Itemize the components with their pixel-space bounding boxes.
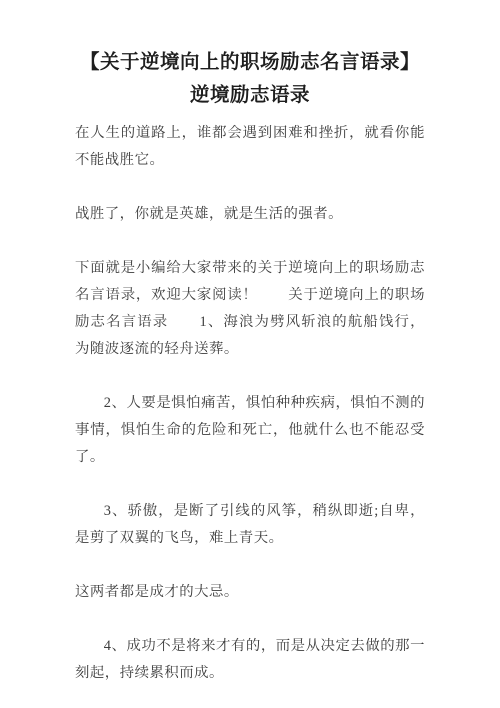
paragraph-1: 在人生的道路上，谁都会遇到困难和挫折，就看你能不能战胜它。 bbox=[75, 120, 425, 174]
document-title: 【关于逆境向上的职场励志名言语录】 逆境励志语录 bbox=[75, 46, 425, 112]
document-page: 【关于逆境向上的职场励志名言语录】 逆境励志语录 在人生的道路上，谁都会遇到困难… bbox=[0, 0, 500, 708]
paragraph-2: 战胜了，你就是英雄，就是生活的强者。 bbox=[75, 201, 425, 228]
paragraph-6: 这两者都是成才的大忌。 bbox=[75, 579, 425, 606]
paragraph-5: 3、骄傲，是断了引线的风筝，稍纵即逝;自卑，是剪了双翼的飞鸟，难上青天。 bbox=[75, 498, 425, 552]
paragraph-4: 2、人要是惧怕痛苦，惧怕种种疾病，惧怕不测的事情，惧怕生命的危险和死亡，他就什么… bbox=[75, 390, 425, 471]
paragraph-3: 下面就是小编给大家带来的关于逆境向上的职场励志名言语录，欢迎大家阅读！ 关于逆境… bbox=[75, 255, 425, 363]
paragraph-7: 4、成功不是将来才有的，而是从决定去做的那一刻起，持续累积而成。 bbox=[75, 633, 425, 687]
document-body: 在人生的道路上，谁都会遇到困难和挫折，就看你能不能战胜它。战胜了，你就是英雄，就… bbox=[75, 120, 425, 687]
